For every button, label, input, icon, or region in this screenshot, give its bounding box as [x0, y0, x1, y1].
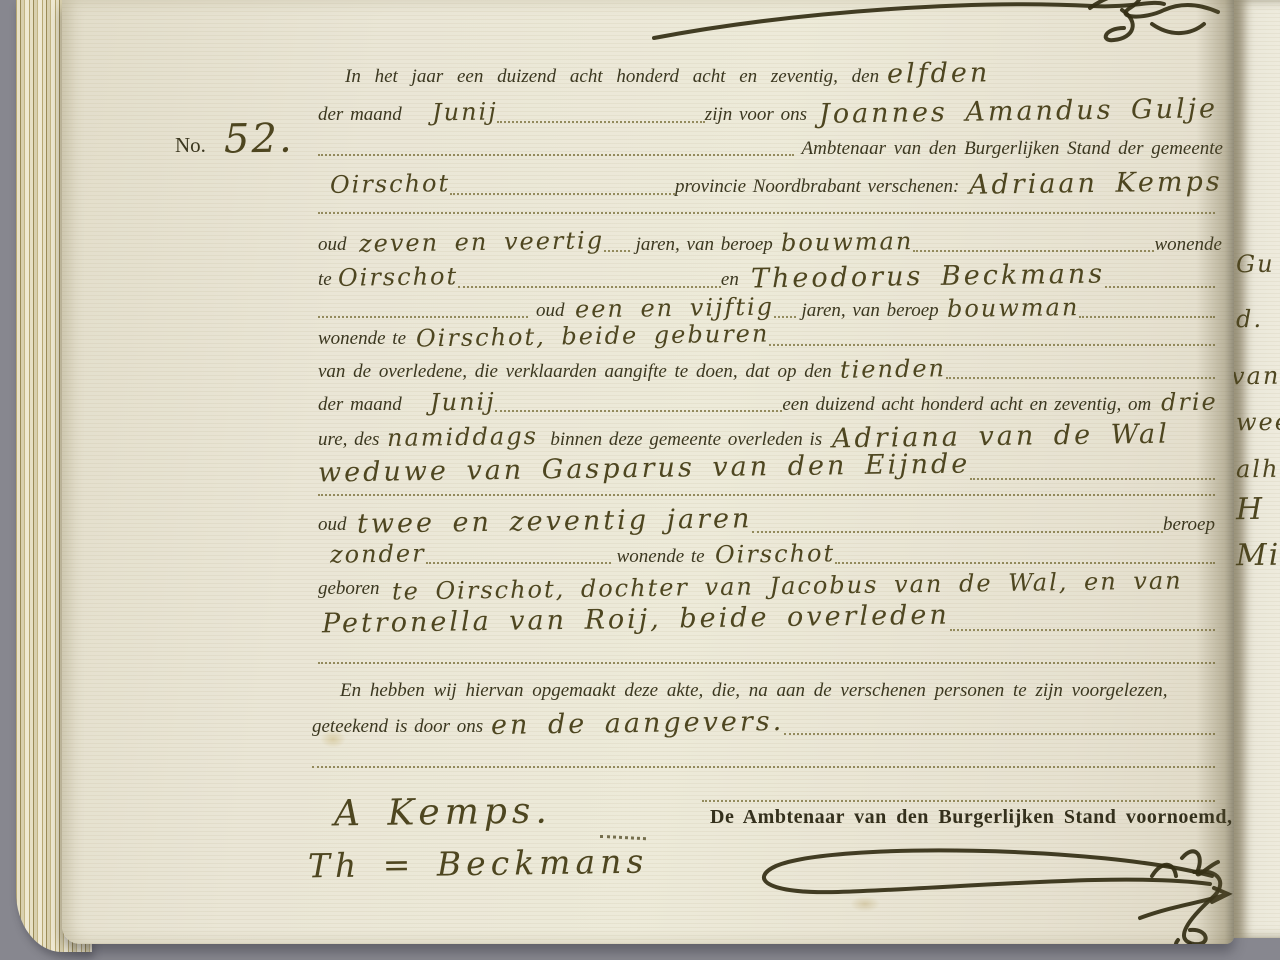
death-day-handwritten: tienden: [839, 354, 945, 383]
municipality-handwritten: Oirschot: [330, 169, 451, 199]
dotted-leader: [458, 286, 721, 288]
record-number-value: 52.: [224, 116, 294, 163]
dotted-leader: [497, 121, 704, 123]
informant1-residence-handwritten: Oirschot: [338, 262, 459, 292]
line-informant2-age: oud een en vijftig jaren, van beroep bou…: [318, 294, 1215, 322]
death-month-handwritten: Junij: [430, 388, 496, 417]
at-printed: te: [318, 269, 332, 291]
month-label-printed: der maand: [318, 104, 402, 126]
province-printed: provincie Noordbrabant verschenen:: [675, 176, 959, 198]
before-us-printed: zijn voor ons: [705, 104, 807, 126]
dotted-rule: [318, 494, 1215, 496]
widow-of-handwritten: weduwe van Gasparus van den Eijnde: [318, 448, 971, 488]
dotted-rule: [318, 662, 1215, 664]
signature-kemps: A Kemps.: [334, 792, 552, 833]
line-informants-residence: wonende te Oirschot, beide geburen: [318, 322, 1215, 350]
dotted-leader: [318, 316, 528, 318]
act-month-handwritten: Junij: [432, 98, 498, 127]
line-death-time: ure, des namiddags binnen deze gemeente …: [318, 421, 1223, 452]
hour-printed: ure, des: [318, 429, 379, 451]
page-fold-shadow: [1196, 0, 1234, 944]
year-printed: In het jaar een duizend acht honderd ach…: [345, 66, 879, 88]
facing-page-fragment: H: [1236, 492, 1265, 527]
dotted-leader: [784, 733, 1215, 735]
act-day-handwritten: elfden: [887, 57, 991, 89]
closing-printed-1: En hebben wij hiervan opgemaakt deze akt…: [340, 680, 1168, 702]
occupation-label-printed: jaren, van beroep: [636, 234, 773, 256]
registrar-title-printed: Ambtenaar van den Burgerlijken Stand der…: [802, 138, 1223, 160]
dotted-rule: [702, 800, 1215, 802]
line-registrar: der maand Junij zijn voor ons Joannes Am…: [318, 96, 1218, 127]
informants-residence-handwritten: Oirschot, beide geburen: [416, 320, 770, 353]
facing-page-strip: Gu d. van wee alh H Mi: [1234, 0, 1280, 938]
line-birth-parents: geboren te Oirschot, dochter van Jacobus…: [318, 572, 1215, 600]
informant2-occupation-handwritten: bouwman: [946, 293, 1079, 323]
dotted-leader: [426, 562, 611, 564]
age-label-printed: oud: [318, 514, 347, 536]
signature-beckmans: Th = Beckmans: [308, 844, 648, 883]
declaration-printed: van de overledene, die verklaarden aangi…: [318, 361, 832, 383]
dotted-leader: [913, 250, 1154, 252]
facing-page-fragment: Gu: [1236, 250, 1275, 279]
dotted-leader: [950, 629, 1215, 631]
line-death-date: der maand Junij een duizend acht honderd…: [318, 388, 1218, 416]
facing-page-fragment: wee: [1236, 408, 1280, 437]
informant2-age-handwritten: een en vijftig: [574, 293, 773, 324]
line-year: In het jaar een duizend acht honderd ach…: [345, 58, 1225, 89]
facing-page-fragment: alh: [1236, 455, 1280, 484]
previous-act-signature-flourish: [652, 0, 1232, 54]
record-number: No. 52.: [175, 116, 294, 162]
age-label-printed: oud: [318, 234, 347, 256]
dotted-leader: [318, 154, 794, 156]
death-record-page: No. 52. In het jaar een duizend acht hon…: [62, 0, 1234, 944]
scanned-register-photo: No. 52. In het jaar een duizend acht hon…: [0, 0, 1280, 960]
line-closing-2: geteekend is door ons en de aangevers.: [312, 708, 1215, 739]
declarant2-signature: Th = Beckmans: [308, 842, 649, 886]
and-printed: en: [721, 269, 739, 291]
deceased-occupation-handwritten: zonder: [330, 539, 426, 568]
line-informant1-age: oud zeven en veertig jaren, van beroep b…: [318, 228, 1222, 256]
line-declaration: van de overledene, die verklaarden aangi…: [318, 355, 1215, 383]
line-official-title: Ambtenaar van den Burgerlijken Stand der…: [318, 138, 1223, 160]
official-closing-printed: De Ambtenaar van den Burgerlijken Stand …: [710, 806, 1233, 829]
dotted-rule: [312, 766, 1215, 768]
ink-dash-mark: [600, 835, 646, 840]
record-number-label: No.: [175, 133, 206, 158]
parents-handwritten-1: te Oirschot, dochter van Jacobus van de …: [391, 566, 1182, 605]
occupation-label-printed: jaren, van beroep: [802, 300, 939, 322]
line-municipality: Oirschot provincie Noordbrabant verschen…: [330, 168, 1223, 199]
dotted-leader: [946, 377, 1215, 379]
died-here-printed: binnen deze gemeente overleden is: [550, 429, 822, 451]
registrar-name-handwritten: Joannes Amandus Gulje: [819, 93, 1218, 130]
facing-page-fragment: van: [1234, 362, 1280, 391]
informant1-occupation-handwritten: bouwman: [781, 227, 914, 257]
line-closing-1: En hebben wij hiervan opgemaakt deze akt…: [340, 680, 1215, 702]
month-label-printed: der maand: [318, 394, 402, 416]
deceased-residence-handwritten: Oirschot: [714, 539, 835, 569]
line-deceased-occupation: zonder wonende te Oirschot: [330, 540, 1215, 568]
daypart-handwritten: namiddags: [387, 422, 538, 452]
informant1-name-handwritten: Adriaan Kemps: [969, 166, 1223, 201]
dotted-rule: [318, 212, 1215, 214]
registrar-signature-flourish: [742, 832, 1230, 944]
born-printed: geboren: [318, 578, 380, 600]
dotted-leader: [450, 193, 675, 195]
dotted-leader: [835, 562, 1215, 564]
death-year-printed: een duizend acht honderd acht en zeventi…: [782, 394, 1151, 416]
paper-stain: [320, 730, 346, 748]
dotted-leader: [769, 344, 1215, 346]
dotted-leader: [1079, 316, 1215, 318]
dotted-leader: [970, 478, 1215, 480]
line-widow: weduwe van Gasparus van den Eijnde: [318, 453, 1215, 484]
paper-stain: [850, 896, 880, 912]
line-deceased-age: oud twee en zeventig jaren beroep: [318, 506, 1215, 537]
dotted-leader: [495, 410, 782, 412]
facing-page-fragment: d.: [1236, 305, 1263, 333]
line-official-closing: De Ambtenaar van den Burgerlijken Stand …: [710, 806, 1233, 829]
residing-at-printed: wonende te: [617, 546, 705, 568]
informant1-age-handwritten: zeven en veertig: [358, 226, 603, 257]
dotted-leader: [774, 316, 796, 318]
age-label-printed: oud: [536, 300, 565, 322]
dotted-leader: [604, 250, 630, 252]
parents-handwritten-2: Petronella van Roij, beide overleden: [322, 600, 950, 640]
deceased-age-handwritten: twee en zeventig jaren: [356, 503, 752, 540]
dotted-leader: [752, 531, 1163, 533]
closing-handwritten: en de aangevers.: [491, 706, 785, 741]
informant2-name-handwritten: Theodorus Beckmans: [751, 259, 1106, 295]
residing-at-printed: wonende te: [318, 328, 406, 350]
declarant1-signature: A Kemps.: [334, 790, 552, 834]
facing-page-fragment: Mi: [1236, 538, 1280, 574]
line-informant1-residence: te Oirschot en Theodorus Beckmans: [318, 261, 1215, 292]
line-parents-2: Petronella van Roij, beide overleden: [322, 604, 1215, 635]
